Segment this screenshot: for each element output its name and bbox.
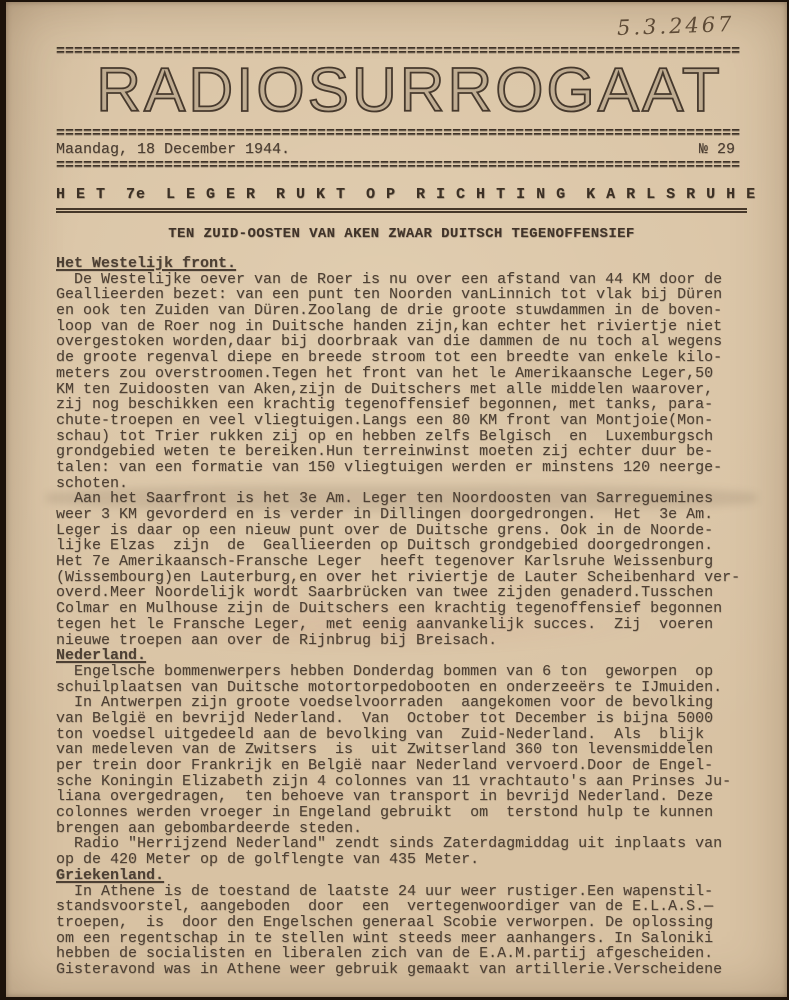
body-line: standsvoorstel, aangeboden door een vert… [56, 899, 747, 915]
body-line: In Antwerpen zijn groote voedselvoorrade… [56, 695, 747, 711]
issue-date: Maandag, 18 December 1944. [56, 142, 290, 158]
body-line: Aan het Saarfront is het 3e Am. Leger te… [56, 491, 747, 507]
body-line: hebben de socialisten en liberalen zich … [56, 946, 747, 962]
dateline: Maandag, 18 December 1944. № 29 [56, 142, 747, 158]
body-line: de groote regenval diepe en breede stroo… [56, 350, 747, 366]
typed-rule: ========================================… [56, 128, 747, 140]
body-line: tegen het le Fransche Leger, met eenig a… [56, 617, 747, 633]
body-line: Geallieerden bezet: van een punt ten Noo… [56, 287, 747, 303]
body-line: Gisteravond was in Athene weer gebruik g… [56, 962, 747, 978]
body-text: Het Westelijk front. De Westelijke oever… [56, 256, 747, 978]
body-line: Het 7e Amerikaansch-Fransche Leger heeft… [56, 554, 747, 570]
body-line: om een regentschap in te stellen wint st… [56, 931, 747, 947]
body-line: van medeleven van de Zwitsers is uit Zwi… [56, 742, 747, 758]
body-line: weer 3 KM gevorderd en is verder in Dill… [56, 507, 747, 523]
body-line: meters zou overstroomen.Tegen het front … [56, 366, 747, 382]
section-heading: Griekenland. [56, 868, 747, 884]
section-heading: Het Westelijk front. [56, 256, 747, 272]
section-heading: Nederland. [56, 648, 747, 664]
body-line: overgestoken worden,daar bij doorbraak v… [56, 334, 747, 350]
body-line: nieuwe troepen aan over de Rijnbrug bij … [56, 633, 747, 649]
body-line: talen: van een formatie van 150 vliegtui… [56, 460, 747, 476]
body-line: ton voedsel uitgedeeld aan de bevolking … [56, 727, 747, 743]
typed-rule: ========================================… [56, 160, 747, 172]
body-line: Radio "Herrijzend Nederland" zendt sinds… [56, 836, 747, 852]
newspaper-title: RADIOSURROGAAT [64, 60, 755, 122]
body-line: lijke Elzas zijn de Geallieerden op Duit… [56, 538, 747, 554]
body-line: zij nog beschikken een krachtig tegenoff… [56, 397, 747, 413]
sub-headline: TEN ZUID-OOSTEN VAN AKEN ZWAAR DUITSCH T… [56, 226, 747, 242]
body-line: In Athene is de toestand de laatste 24 u… [56, 884, 747, 900]
body-line: colonnes werden vroeger in Engeland gebr… [56, 805, 747, 821]
body-line: KM ten Zuidoosten van Aken,zijn de Duits… [56, 382, 747, 398]
body-line: Colmar en Mulhouse zijn de Duitschers ee… [56, 601, 747, 617]
body-line: per trein door Frankrijk en België naar … [56, 758, 747, 774]
body-line: chute-troepen en veel vliegtuigen.Langs … [56, 413, 747, 429]
body-line: Engelsche bommenwerpers hebben Donderdag… [56, 664, 747, 680]
body-line: van België en bevrijd Nederland. Van Oct… [56, 711, 747, 727]
issue-number: № 29 [699, 142, 735, 158]
page-content: 5.3.2467 ===============================… [6, 2, 787, 997]
body-line: liana overgedragen, ten behoeve van tran… [56, 789, 747, 805]
body-line: op de 420 Meter op de golflengte van 435… [56, 852, 747, 868]
archive-number: 5.3.2467 [617, 12, 735, 40]
body-line: schoten. [56, 476, 747, 492]
body-line: troepen, is door den Engelschen generaal… [56, 915, 747, 931]
body-line: grondgebied weten te bereiken.Hun terrei… [56, 444, 747, 460]
body-line: overd.Meer Noordelijk wordt Saarbrücken … [56, 585, 747, 601]
body-line: schau) tot Trier rukken zij op en hebben… [56, 429, 747, 445]
newspaper-page: 5.3.2467 ===============================… [6, 2, 787, 997]
main-headline: H E T 7e L E G E R R U K T O P R I C H T… [56, 186, 747, 213]
body-line: schuilplaatsen van Duitsche motortorpedo… [56, 680, 747, 696]
body-line: en ook ten Zuiden van Düren.Zoolang de d… [56, 303, 747, 319]
